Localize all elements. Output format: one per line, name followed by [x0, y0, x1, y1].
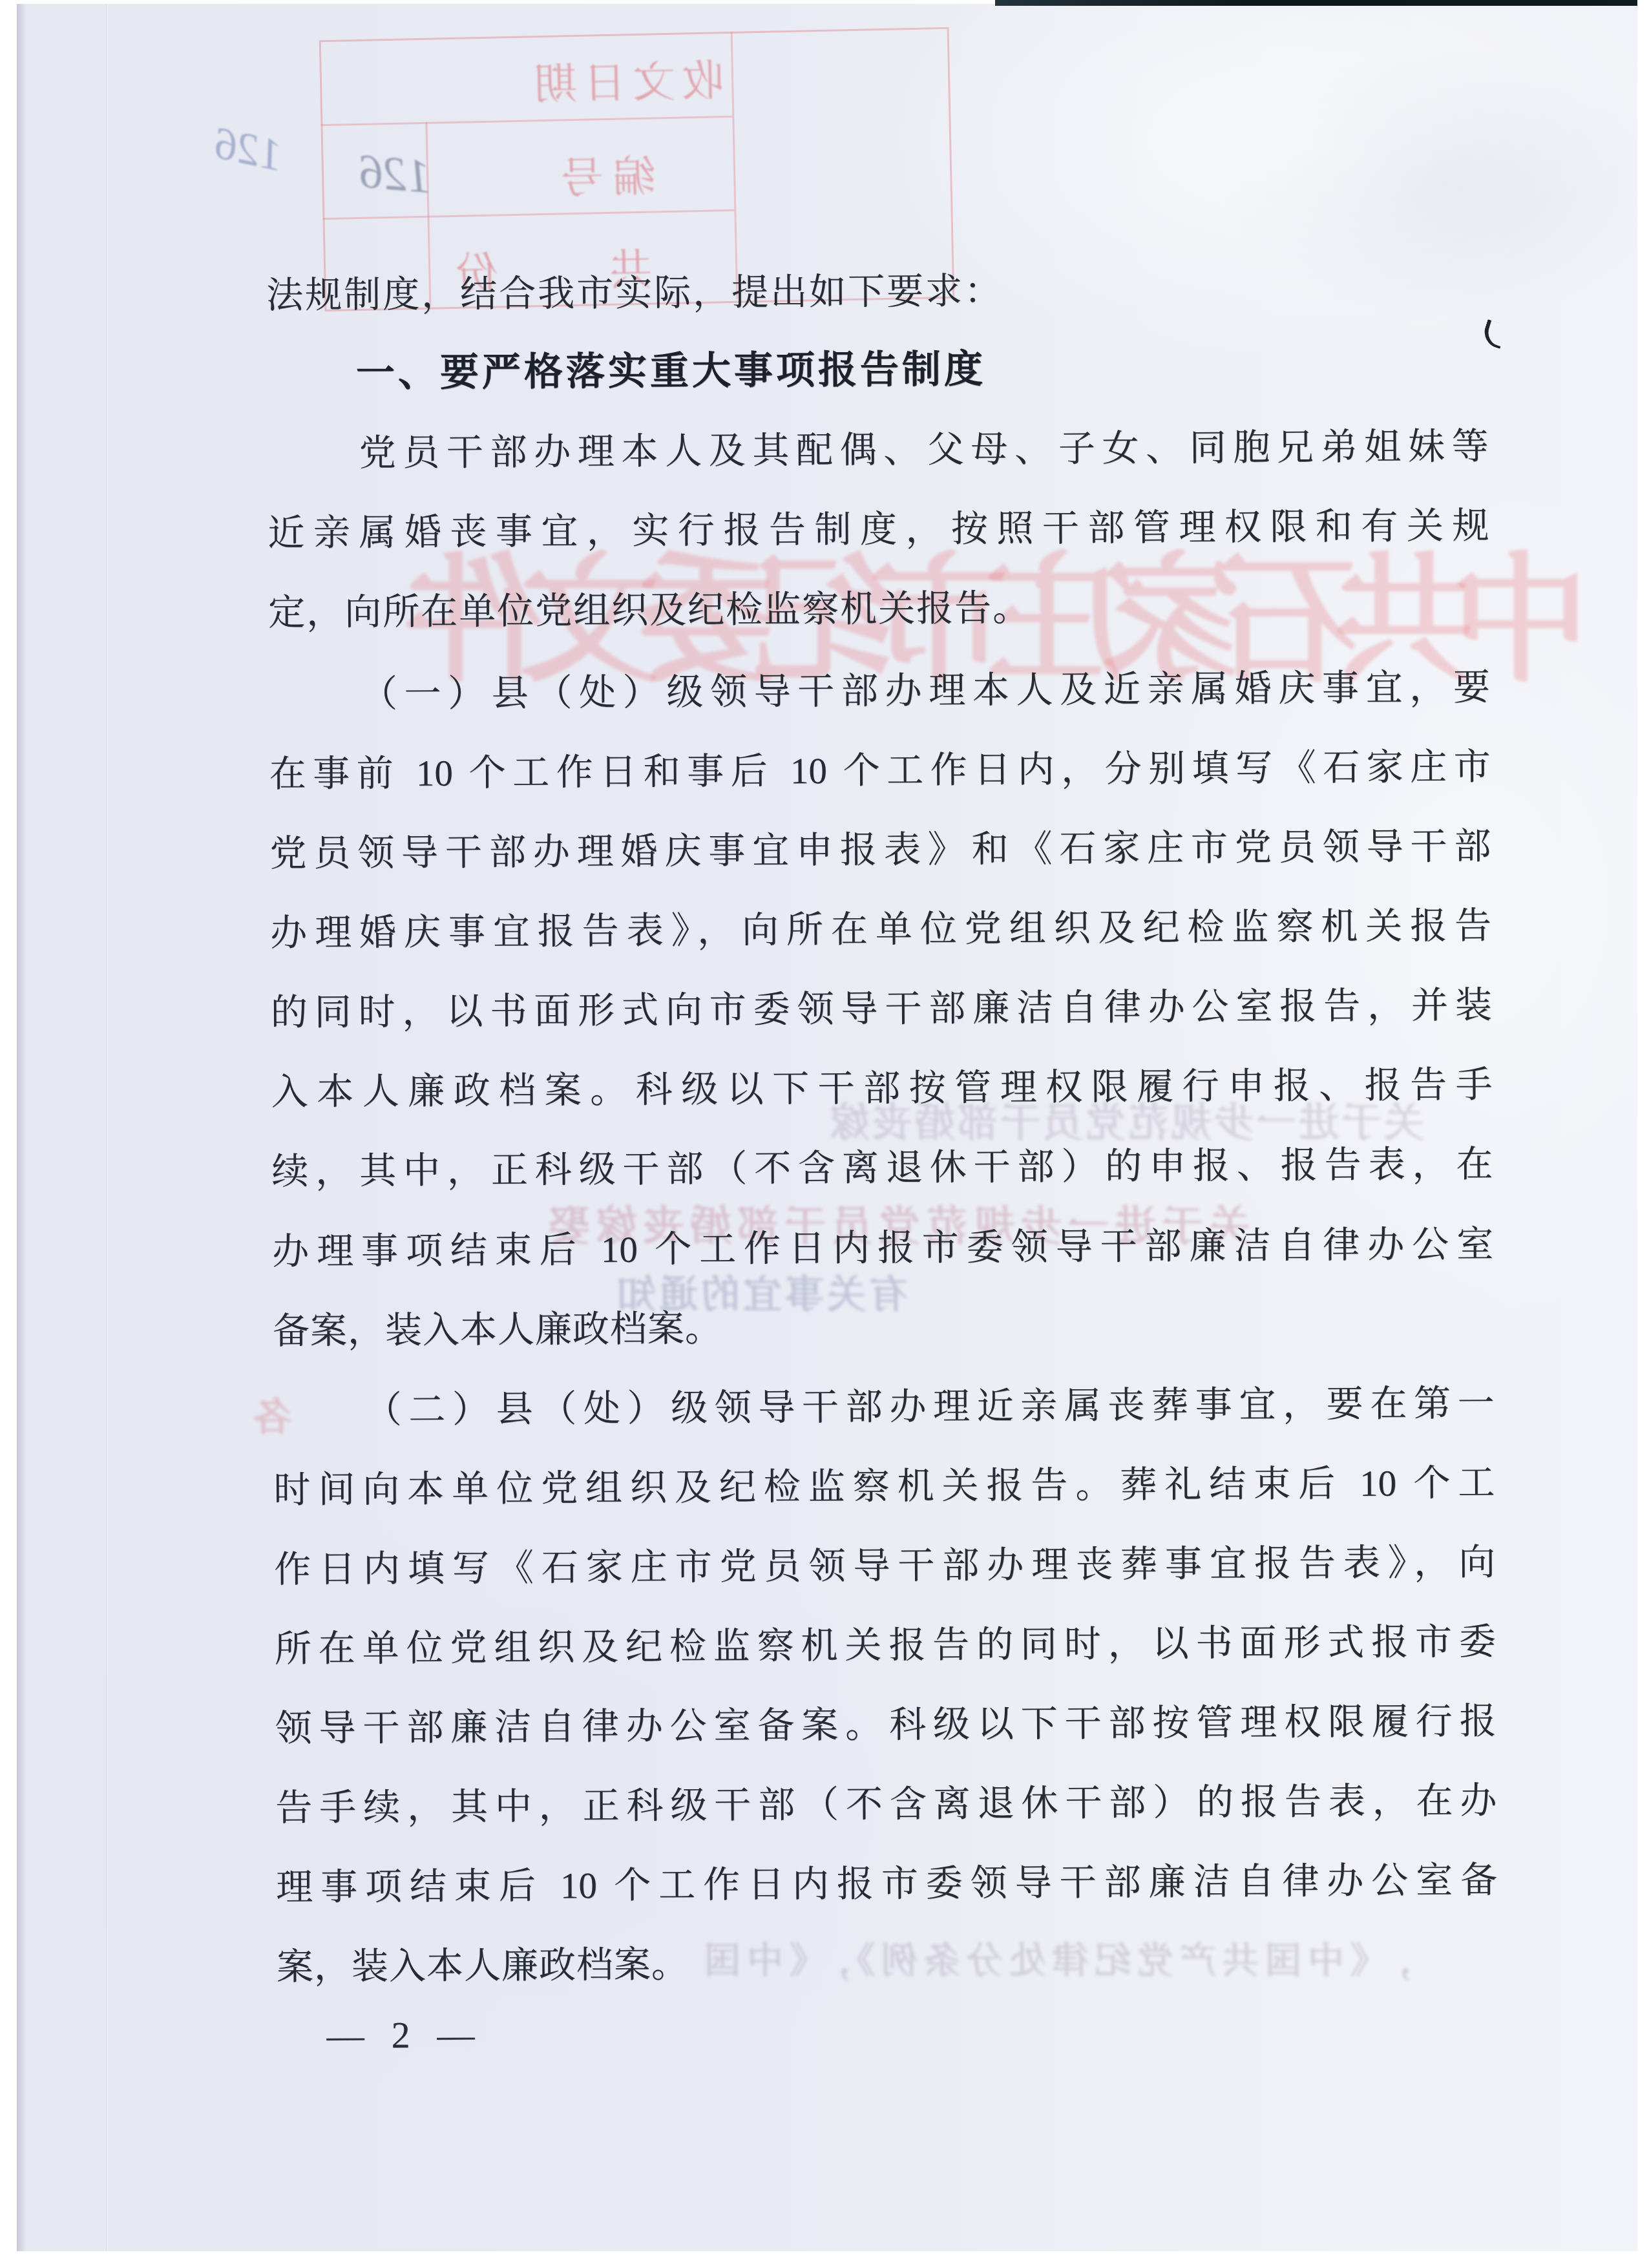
body-line: 理事项结束后 10 个工作日内报市委领导干部廉洁自律办公室备: [276, 1858, 1497, 1911]
intro-continuation-line: 法规制度，结合我市实际，提出如下要求：: [266, 269, 1003, 319]
body-line: 领导干部廉洁自律办公室备案。科级以下干部按管理权限履行报: [275, 1699, 1496, 1752]
body-line: 办理事项结束后 10 个工作日内报市委领导干部廉洁自律办公室: [272, 1223, 1493, 1276]
body-line: 党员领导干部办理婚庆事宜申报表》和《石家庄市党员领导干部: [269, 824, 1491, 877]
body-line: 近亲属婚丧事宜，实行报告制度，按照干部管理权限和有关规: [268, 504, 1489, 557]
body-line: 办理婚庆事宜报告表》，向所在单位党组织及纪检监察机关报告: [270, 904, 1491, 957]
body-line: 案，装入本人廉政档案。: [277, 1942, 689, 1990]
page-number: — 2 —: [326, 2013, 474, 2057]
body-line: 所在单位党组织及纪检监察机关报告的同时，以书面形式报市委: [275, 1620, 1496, 1673]
page-number-value: 2: [391, 2013, 410, 2057]
section-heading: 一、要严格落实重大事项报告制度: [356, 346, 986, 395]
body-line: 时间向本单位党组织及纪检监察机关报告。葬礼结束后 10 个工: [273, 1461, 1495, 1514]
body-line: 在事前 10 个工作日和事后 10 个工作日内，分别填写《石家庄市: [269, 745, 1490, 798]
body-line: 入本人廉政档案。科级以下干部按管理权限履行申报、报告手: [271, 1063, 1492, 1116]
page-number-dash-left: —: [326, 2013, 364, 2057]
document-text-block: 法规制度，结合我市实际，提出如下要求： 一、要严格落实重大事项报告制度 党员干部…: [0, 0, 1649, 2268]
body-line: 告手续，其中，正科级干部（不含离退休干部）的报告表，在办: [275, 1779, 1497, 1832]
page-number-dash-right: —: [437, 2013, 474, 2056]
body-line: 续，其中，正科级干部（不含离退休干部）的申报、报告表，在: [271, 1142, 1493, 1195]
body-line: 备案，装入本人廉政档案。: [273, 1307, 722, 1354]
scanned-document-page: 收文日期 编号 共 份 126 126 中共石家庄市纪委文件 关于进一步规范党员…: [0, 0, 1649, 2268]
body-line: 作日内填写《石家庄市党员领导干部办理丧葬事宜报告表》，向: [274, 1540, 1495, 1593]
body-line: 定，向所在单位党组织及纪检监察机关报告。: [268, 586, 1031, 636]
body-line: （二）县（处）级领导干部办理近亲属丧葬事宜，要在第一: [364, 1381, 1494, 1434]
body-line: 的同时，以书面形式向市委领导干部廉洁自律办公室报告，并装: [271, 983, 1492, 1036]
body-line: （一）县（处）级领导干部办理本人及近亲属婚庆事宜，要: [361, 666, 1490, 718]
body-line: 党员干部办理本人及其配偶、父母、子女、同胞兄弟姐妹等: [359, 425, 1488, 477]
